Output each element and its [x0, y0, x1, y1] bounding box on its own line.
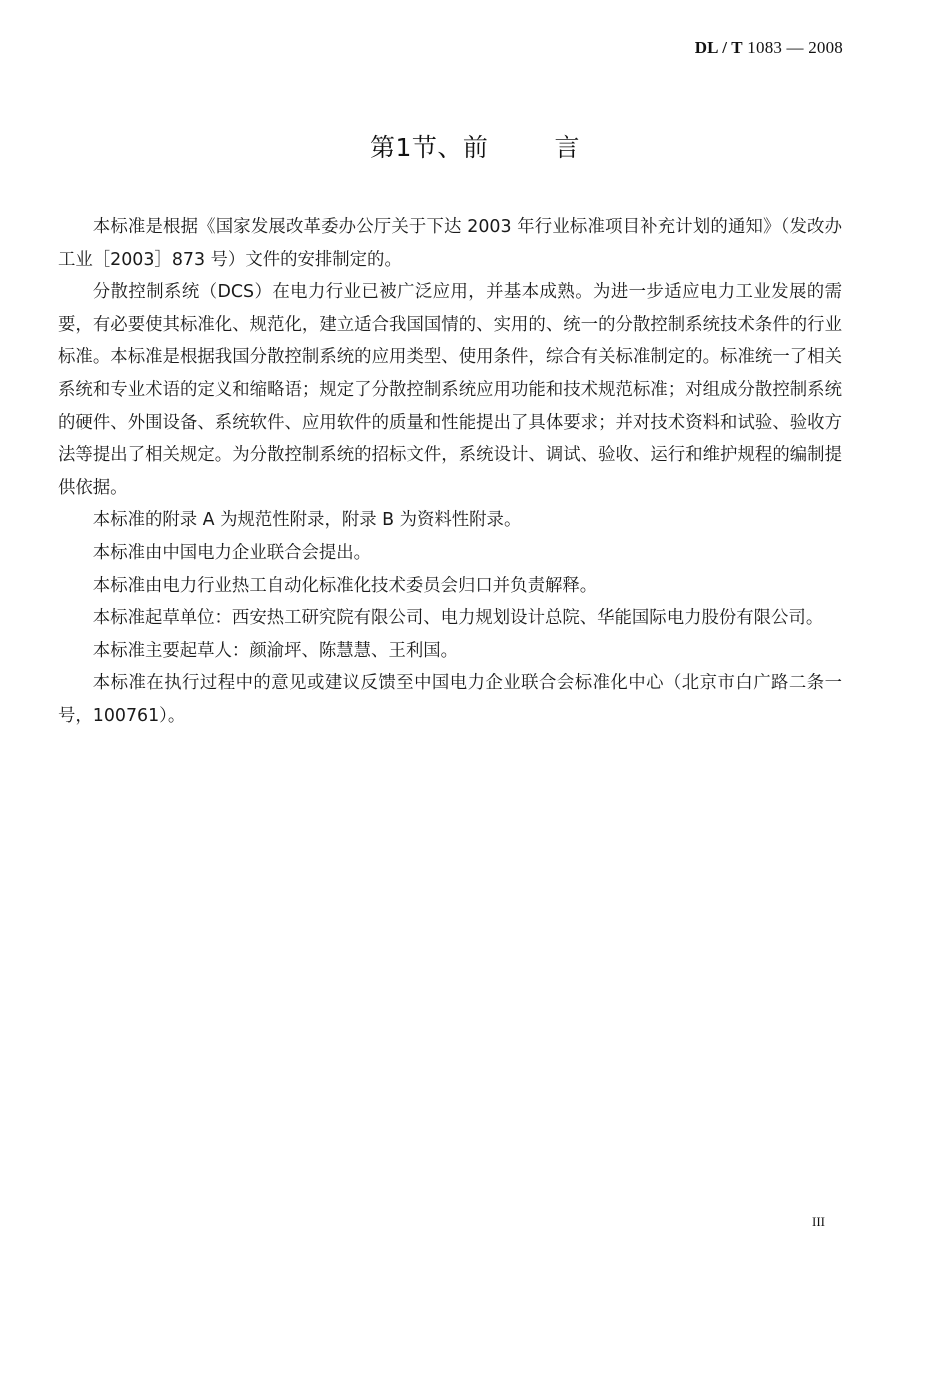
page-number: III — [812, 1214, 825, 1230]
paragraph-drafting-units: 本标准起草单位：西安热工研究院有限公司、电力规划设计总院、华能国际电力股份有限公… — [58, 602, 842, 635]
foreword-body: 本标准是根据《国家发展改革委办公厅关于下达 2003 年行业标准项目补充计划的通… — [58, 211, 842, 733]
paragraph-feedback: 本标准在执行过程中的意见或建议反馈至中国电力企业联合会标准化中心（北京市白广路二… — [58, 667, 842, 732]
paragraph-appendix: 本标准的附录 A 为规范性附录，附录 B 为资料性附录。 — [58, 504, 842, 537]
paragraph-proposer: 本标准由中国电力企业联合会提出。 — [58, 537, 842, 570]
standard-code-header: DL / T 1083 — 2008 — [695, 38, 843, 58]
standard-prefix: DL / T — [695, 38, 743, 57]
paragraph-main-drafters: 本标准主要起草人：颜渝坪、陈慧慧、王利国。 — [58, 635, 842, 668]
standard-number: 1083 — 2008 — [747, 38, 843, 57]
paragraph-dcs-background: 分散控制系统（DCS）在电力行业已被广泛应用，并基本成熟。为进一步适应电力工业发… — [58, 276, 842, 504]
section-title-part1: 第1节、前 — [370, 133, 488, 162]
paragraph-plan-basis: 本标准是根据《国家发展改革委办公厅关于下达 2003 年行业标准项目补充计划的通… — [58, 211, 842, 276]
section-title: 第1节、前言 — [0, 128, 950, 164]
section-title-part2: 言 — [554, 133, 580, 162]
paragraph-responsible-committee: 本标准由电力行业热工自动化标准化技术委员会归口并负责解释。 — [58, 570, 842, 603]
